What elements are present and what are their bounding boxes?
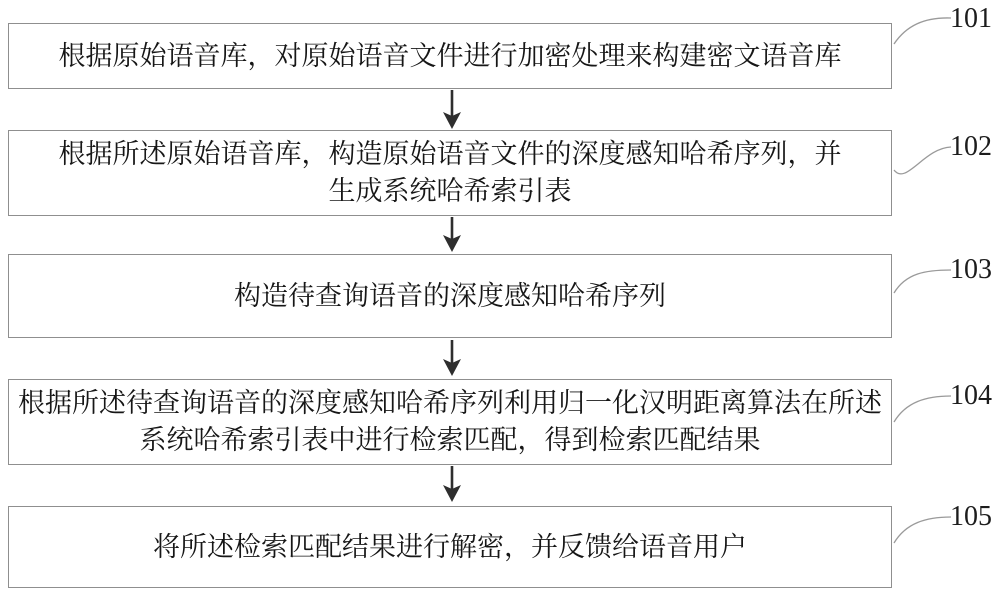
flow-arrow-4 bbox=[443, 466, 461, 502]
step-text: 构造待查询语音的深度感知哈希序列 bbox=[35, 278, 865, 315]
step-box-query-hash-sequence: 构造待查询语音的深度感知哈希序列 bbox=[8, 254, 892, 338]
step-box-encrypt-build-cipher-library: 根据原始语音库，对原始语音文件进行加密处理来构建密文语音库 bbox=[8, 23, 892, 89]
ref-connector-105 bbox=[894, 517, 951, 543]
step-box-decrypt-feedback: 将所述检索匹配结果进行解密，并反馈给语音用户 bbox=[8, 506, 892, 588]
step-text: 根据所述待查询语音的深度感知哈希序列利用归一化汉明距离算法在所述系统哈希索引表中… bbox=[11, 385, 889, 459]
step-ref-102: 102 bbox=[950, 133, 998, 161]
ref-connector-104 bbox=[894, 396, 951, 422]
flow-arrow-3 bbox=[443, 340, 461, 376]
ref-connector-101 bbox=[894, 18, 951, 44]
step-box-hamming-distance-matching: 根据所述待查询语音的深度感知哈希序列利用归一化汉明距离算法在所述系统哈希索引表中… bbox=[8, 379, 892, 465]
flow-arrow-2 bbox=[443, 217, 461, 252]
step-text: 根据所述原始语音库，构造原始语音文件的深度感知哈希序列，并生成系统哈希索引表 bbox=[49, 136, 851, 210]
step-ref-104: 104 bbox=[950, 382, 998, 410]
flow-arrow-1 bbox=[443, 90, 461, 129]
step-box-build-hash-index-table: 根据所述原始语音库，构造原始语音文件的深度感知哈希序列，并生成系统哈希索引表 bbox=[8, 130, 892, 216]
patent-flowchart: 根据原始语音库，对原始语音文件进行加密处理来构建密文语音库 根据所述原始语音库，… bbox=[0, 0, 1000, 596]
step-text: 根据原始语音库，对原始语音文件进行加密处理来构建密文语音库 bbox=[35, 38, 865, 75]
ref-connector-103 bbox=[894, 270, 951, 293]
step-ref-103: 103 bbox=[950, 256, 998, 284]
step-text: 将所述检索匹配结果进行解密，并反馈给语音用户 bbox=[35, 529, 865, 566]
ref-connector-102 bbox=[894, 147, 951, 174]
step-ref-101: 101 bbox=[950, 5, 998, 33]
step-ref-105: 105 bbox=[950, 503, 998, 531]
